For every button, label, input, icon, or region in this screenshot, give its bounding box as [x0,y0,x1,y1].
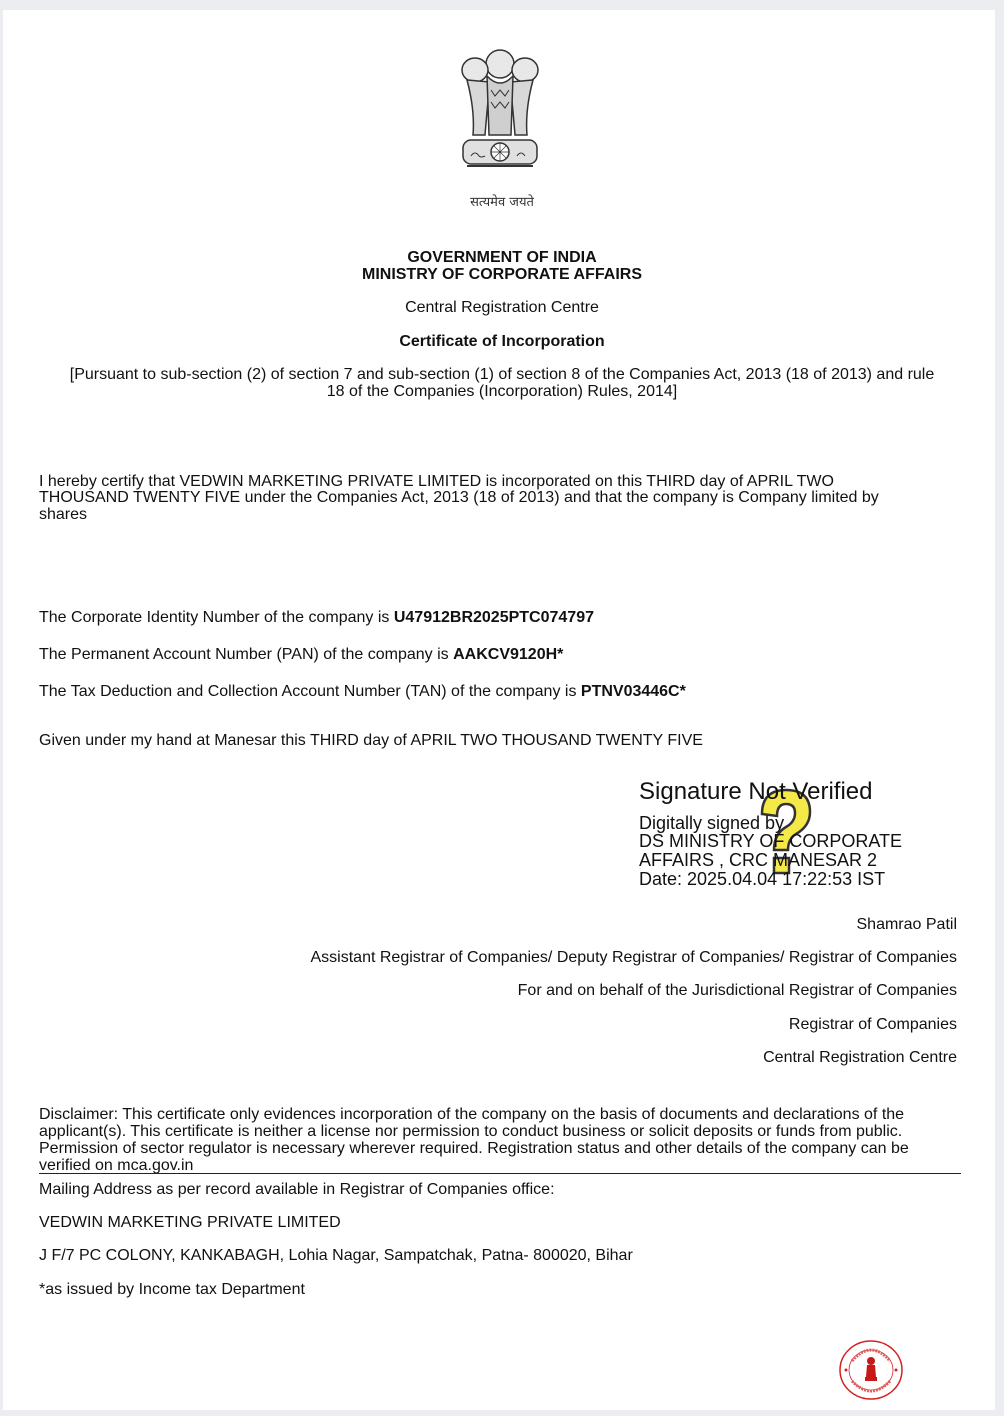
tan-label: The Tax Deduction and Collection Account… [39,683,581,700]
mailing-company: VEDWIN MARKETING PRIVATE LIMITED [39,1214,341,1231]
certification-line-3: shares [39,506,87,523]
signature-date: Date: 2025.04.04 17:22:53 IST [639,870,885,888]
cin-value: U47912BR2025PTC074797 [394,609,594,626]
pan-row: The Permanent Account Number (PAN) of th… [39,646,563,663]
govt-heading: GOVERNMENT OF INDIA [0,249,1004,266]
signed-by-label: Digitally signed by [639,814,784,832]
certificate-title: Certificate of Incorporation [0,333,1004,350]
pursuant-line-1: [Pursuant to sub-section (2) of section … [0,366,1004,383]
ministry-heading: MINISTRY OF CORPORATE AFFAIRS [0,266,1004,283]
pan-value: AAKCV9120H* [453,646,563,663]
mailing-address: J F/7 PC COLONY, KANKABAGH, Lohia Nagar,… [39,1247,633,1264]
pursuant-line-2: 18 of the Companies (Incorporation) Rule… [0,383,1004,400]
mailing-heading: Mailing Address as per record available … [39,1181,555,1198]
motto: सत्यमेव जयते [0,192,1004,210]
certificate-page [3,10,995,1410]
disclaimer-line-4: verified on mca.gov.in [39,1157,193,1174]
signatory-designation: Assistant Registrar of Companies/ Deputy… [311,949,958,966]
tan-row: The Tax Deduction and Collection Account… [39,683,686,700]
signatory-office: Registrar of Companies [789,1016,957,1033]
signatory-name: Shamrao Patil [857,916,958,933]
certification-line-1: I hereby certify that VEDWIN MARKETING P… [39,473,834,490]
disclaimer-line-2: applicant(s). This certificate is neithe… [39,1123,902,1140]
signer-line-2: AFFAIRS , CRC MANESAR 2 [639,851,877,869]
state-emblem-icon [445,40,555,190]
pan-label: The Permanent Account Number (PAN) of th… [39,646,453,663]
centre-heading: Central Registration Centre [0,299,1004,316]
signer-line-1: DS MINISTRY OF CORPORATE [639,832,902,850]
tan-value: PTNV03446C* [581,683,686,700]
signatory-centre: Central Registration Centre [763,1049,957,1066]
cin-label: The Corporate Identity Number of the com… [39,609,394,626]
given-under-hand: Given under my hand at Manesar this THIR… [39,732,703,749]
footnote: *as issued by Income tax Department [39,1281,305,1298]
disclaimer-line-3: Permission of sector regulator is necess… [39,1140,909,1157]
cin-row: The Corporate Identity Number of the com… [39,609,594,626]
signatory-on-behalf: For and on behalf of the Jurisdictional … [518,982,957,999]
certification-line-2: THOUSAND TWENTY FIVE under the Companies… [39,489,879,506]
disclaimer-line-1: Disclaimer: This certificate only eviden… [39,1106,904,1123]
divider [39,1173,961,1174]
mca-seal-icon [838,1339,904,1401]
signature-status: Signature Not Verified [639,779,872,805]
